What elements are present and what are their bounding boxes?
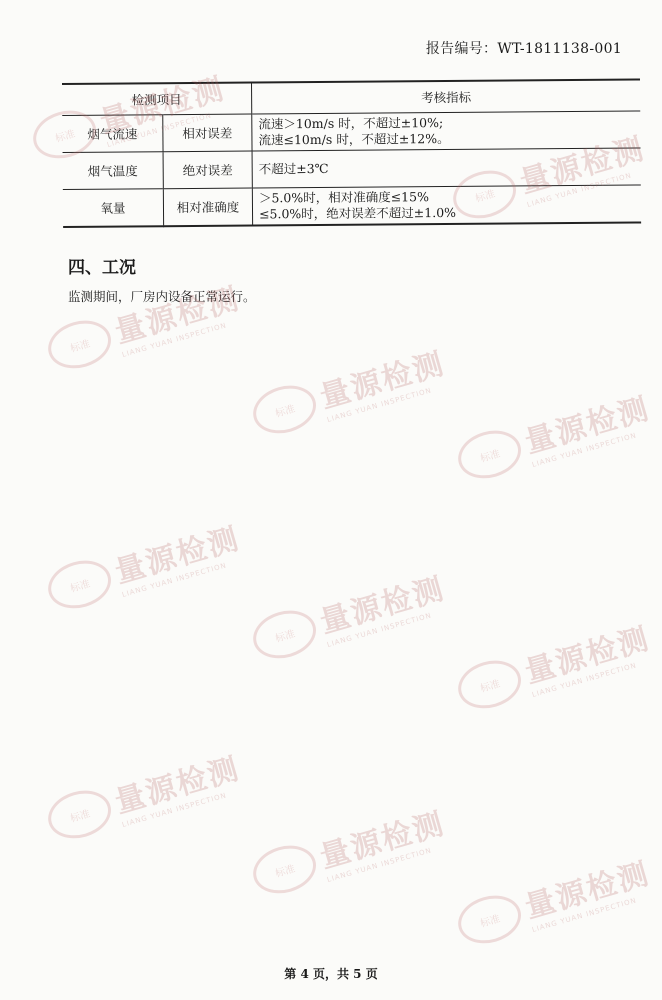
watermark-logo: 标准量源检测LIANG YUAN INSPECTION: [452, 849, 657, 954]
item-cell: 烟气流速: [62, 115, 163, 153]
watermark-text: 量源检测: [109, 514, 244, 592]
watermark-seal-icon: 标准: [452, 424, 526, 486]
item-cell: 氧量: [63, 189, 164, 227]
table-row: 烟气流速 相对误差 流速＞10m/s 时，不超过±10%; 流速≤10m/s 时…: [62, 111, 640, 153]
criteria-line: 流速≤10m/s 时，不超过±12%。: [258, 130, 634, 149]
watermark-seal-icon: 标准: [42, 314, 116, 376]
criteria-cell: 不超过±3℃: [252, 148, 641, 188]
page-footer: 第 4 页，共 5 页: [0, 965, 662, 982]
watermark-subtext: LIANG YUAN INSPECTION: [121, 556, 246, 599]
watermark-text: 量源检测: [519, 384, 654, 462]
watermark-logo: 标准量源检测LIANG YUAN INSPECTION: [247, 799, 452, 904]
report-number: 报告编号：WT-1811138-001: [426, 38, 622, 58]
watermark-subtext: LIANG YUAN INSPECTION: [326, 606, 451, 649]
watermark-subtext: LIANG YUAN INSPECTION: [326, 381, 451, 424]
criteria-line: 不超过±3℃: [259, 159, 635, 178]
watermark-text: 量源检测: [109, 274, 244, 352]
watermark-seal-icon: 标准: [42, 784, 116, 846]
watermark-text: 量源检测: [519, 614, 654, 692]
watermark-logo: 标准量源检测LIANG YUAN INSPECTION: [247, 339, 452, 444]
watermark-text: 量源检测: [314, 564, 449, 642]
metric-cell: 相对误差: [163, 114, 252, 152]
watermark-logo: 标准量源检测LIANG YUAN INSPECTION: [452, 614, 657, 719]
watermark-subtext: LIANG YUAN INSPECTION: [531, 426, 656, 469]
watermark-logo: 标准量源检测LIANG YUAN INSPECTION: [42, 744, 247, 849]
criteria-line: ≤5.0%时，绝对误差不超过±1.0%: [259, 204, 635, 223]
watermark-seal-icon: 标准: [247, 604, 321, 666]
header-criteria: 考核指标: [252, 79, 641, 114]
table-header-row: 检测项目 考核指标: [62, 79, 640, 115]
watermark-logo: 标准量源检测LIANG YUAN INSPECTION: [452, 384, 657, 489]
table-row: 烟气温度 绝对误差 不超过±3℃: [63, 148, 641, 190]
watermark-subtext: LIANG YUAN INSPECTION: [326, 841, 451, 884]
watermark-text: 量源检测: [314, 339, 449, 417]
watermark-seal-icon: 标准: [452, 654, 526, 716]
assessment-table: 检测项目 考核指标 烟气流速 相对误差 流速＞10m/s 时，不超过±10%; …: [62, 78, 641, 228]
watermark-seal-icon: 标准: [247, 379, 321, 441]
criteria-cell: 流速＞10m/s 时，不超过±10%; 流速≤10m/s 时，不超过±12%。: [252, 111, 641, 151]
watermark-logo: 标准量源检测LIANG YUAN INSPECTION: [247, 564, 452, 669]
watermark-logo: 标准量源检测LIANG YUAN INSPECTION: [42, 514, 247, 619]
watermark-seal-icon: 标准: [42, 554, 116, 616]
table-row: 氧量 相对准确度 ＞5.0%时，相对准确度≤15% ≤5.0%时，绝对误差不超过…: [63, 185, 641, 227]
watermark-subtext: LIANG YUAN INSPECTION: [121, 316, 246, 359]
criteria-cell: ＞5.0%时，相对准确度≤15% ≤5.0%时，绝对误差不超过±1.0%: [252, 185, 641, 226]
metric-cell: 绝对误差: [163, 151, 252, 189]
watermark-subtext: LIANG YUAN INSPECTION: [121, 786, 246, 829]
metric-cell: 相对准确度: [163, 188, 252, 226]
section-body: 监测期间，厂房内设备正常运行。: [68, 287, 256, 305]
item-cell: 烟气温度: [63, 152, 164, 190]
section-title: 四、工况: [68, 253, 136, 278]
watermark-text: 量源检测: [109, 744, 244, 822]
header-item: 检测项目: [62, 83, 252, 116]
watermark-subtext: LIANG YUAN INSPECTION: [531, 891, 656, 934]
watermark-seal-icon: 标准: [247, 839, 321, 901]
watermark-seal-icon: 标准: [452, 889, 526, 951]
watermark-text: 量源检测: [519, 849, 654, 927]
watermark-subtext: LIANG YUAN INSPECTION: [531, 656, 656, 699]
watermark-text: 量源检测: [314, 799, 449, 877]
